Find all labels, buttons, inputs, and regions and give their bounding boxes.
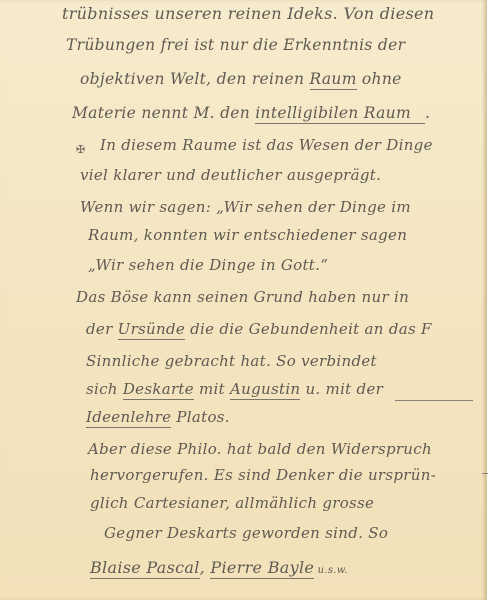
text-segment: u.s.w. [314, 565, 348, 576]
text-line-16: hervorgerufen. Es sind Denker die ursprü… [90, 466, 436, 484]
text-line-5: In diesem Raume ist das Wesen der Dinge [100, 136, 433, 154]
underlined-word: Ideenlehre [86, 408, 171, 428]
text-line-10: Das Böse kann seinen Grund haben nur in [76, 288, 409, 306]
text-line-18: Gegner Deskarts geworden sind. So [104, 524, 388, 542]
underline-stroke [395, 400, 473, 401]
underlined-word: Ursünde [118, 320, 185, 340]
text-segment: u. mit der [300, 380, 383, 398]
text-line-11: der Ursünde die die Gebundenheit an das … [86, 320, 432, 338]
text-line-7: Wenn wir sagen: „Wir sehen der Dinge im [80, 198, 411, 216]
text-line-17: glich Cartesianer, allmählich grosse [90, 494, 374, 512]
text-segment: mit [194, 380, 230, 398]
text-line-15: Aber diese Philo. hat bald den Widerspru… [88, 440, 432, 458]
text-line-9: „Wir sehen die Dinge in Gott.“ [88, 256, 328, 274]
text-segment: sich [86, 380, 123, 398]
underlined-word: Augustin [230, 380, 300, 400]
text-segment: , [200, 558, 211, 577]
text-segment: die die Gebundenheit an das F [185, 320, 432, 338]
text-segment: ohne [357, 70, 402, 88]
underlined-word: Raum [310, 70, 357, 90]
text-line-3: objektiven Welt, den reinen Raum ohne [80, 70, 402, 88]
text-line-1: trübnisses unseren reinen Ideks. Von die… [62, 4, 434, 23]
text-segment: Materie nennt M. den [72, 104, 255, 122]
text-segment: der [86, 320, 118, 338]
underlined-name: Blaise Pascal [90, 558, 200, 579]
text-line-2: Trübungen frei ist nur die Erkenntnis de… [66, 36, 405, 54]
text-line-14: Ideenlehre Platos. [86, 408, 230, 426]
text-line-6: viel klarer und deutlicher ausgeprägt. [80, 166, 381, 184]
text-line-19: Blaise Pascal, Pierre Bayle u.s.w. [90, 558, 348, 577]
text-line-13: sich Deskarte mit Augustin u. mit der [86, 380, 383, 398]
margin-cross-mark: ✠ [76, 143, 85, 156]
underlined-phrase: intelligibilen Raum [255, 104, 425, 124]
text-segment: Platos. [171, 408, 230, 426]
margin-dash [482, 473, 488, 474]
underlined-name: Pierre Bayle [210, 558, 314, 579]
text-segment: . [425, 104, 430, 122]
text-line-8: Raum, konnten wir entschiedener sagen [88, 226, 407, 244]
text-segment: objektiven Welt, den reinen [80, 70, 310, 88]
manuscript-page: trübnisses unseren reinen Ideks. Von die… [0, 0, 487, 600]
underlined-word: Deskarte [123, 380, 194, 400]
text-line-4: Materie nennt M. den intelligibilen Raum… [72, 104, 430, 122]
text-line-12: Sinnliche gebracht hat. So verbindet [86, 352, 377, 370]
